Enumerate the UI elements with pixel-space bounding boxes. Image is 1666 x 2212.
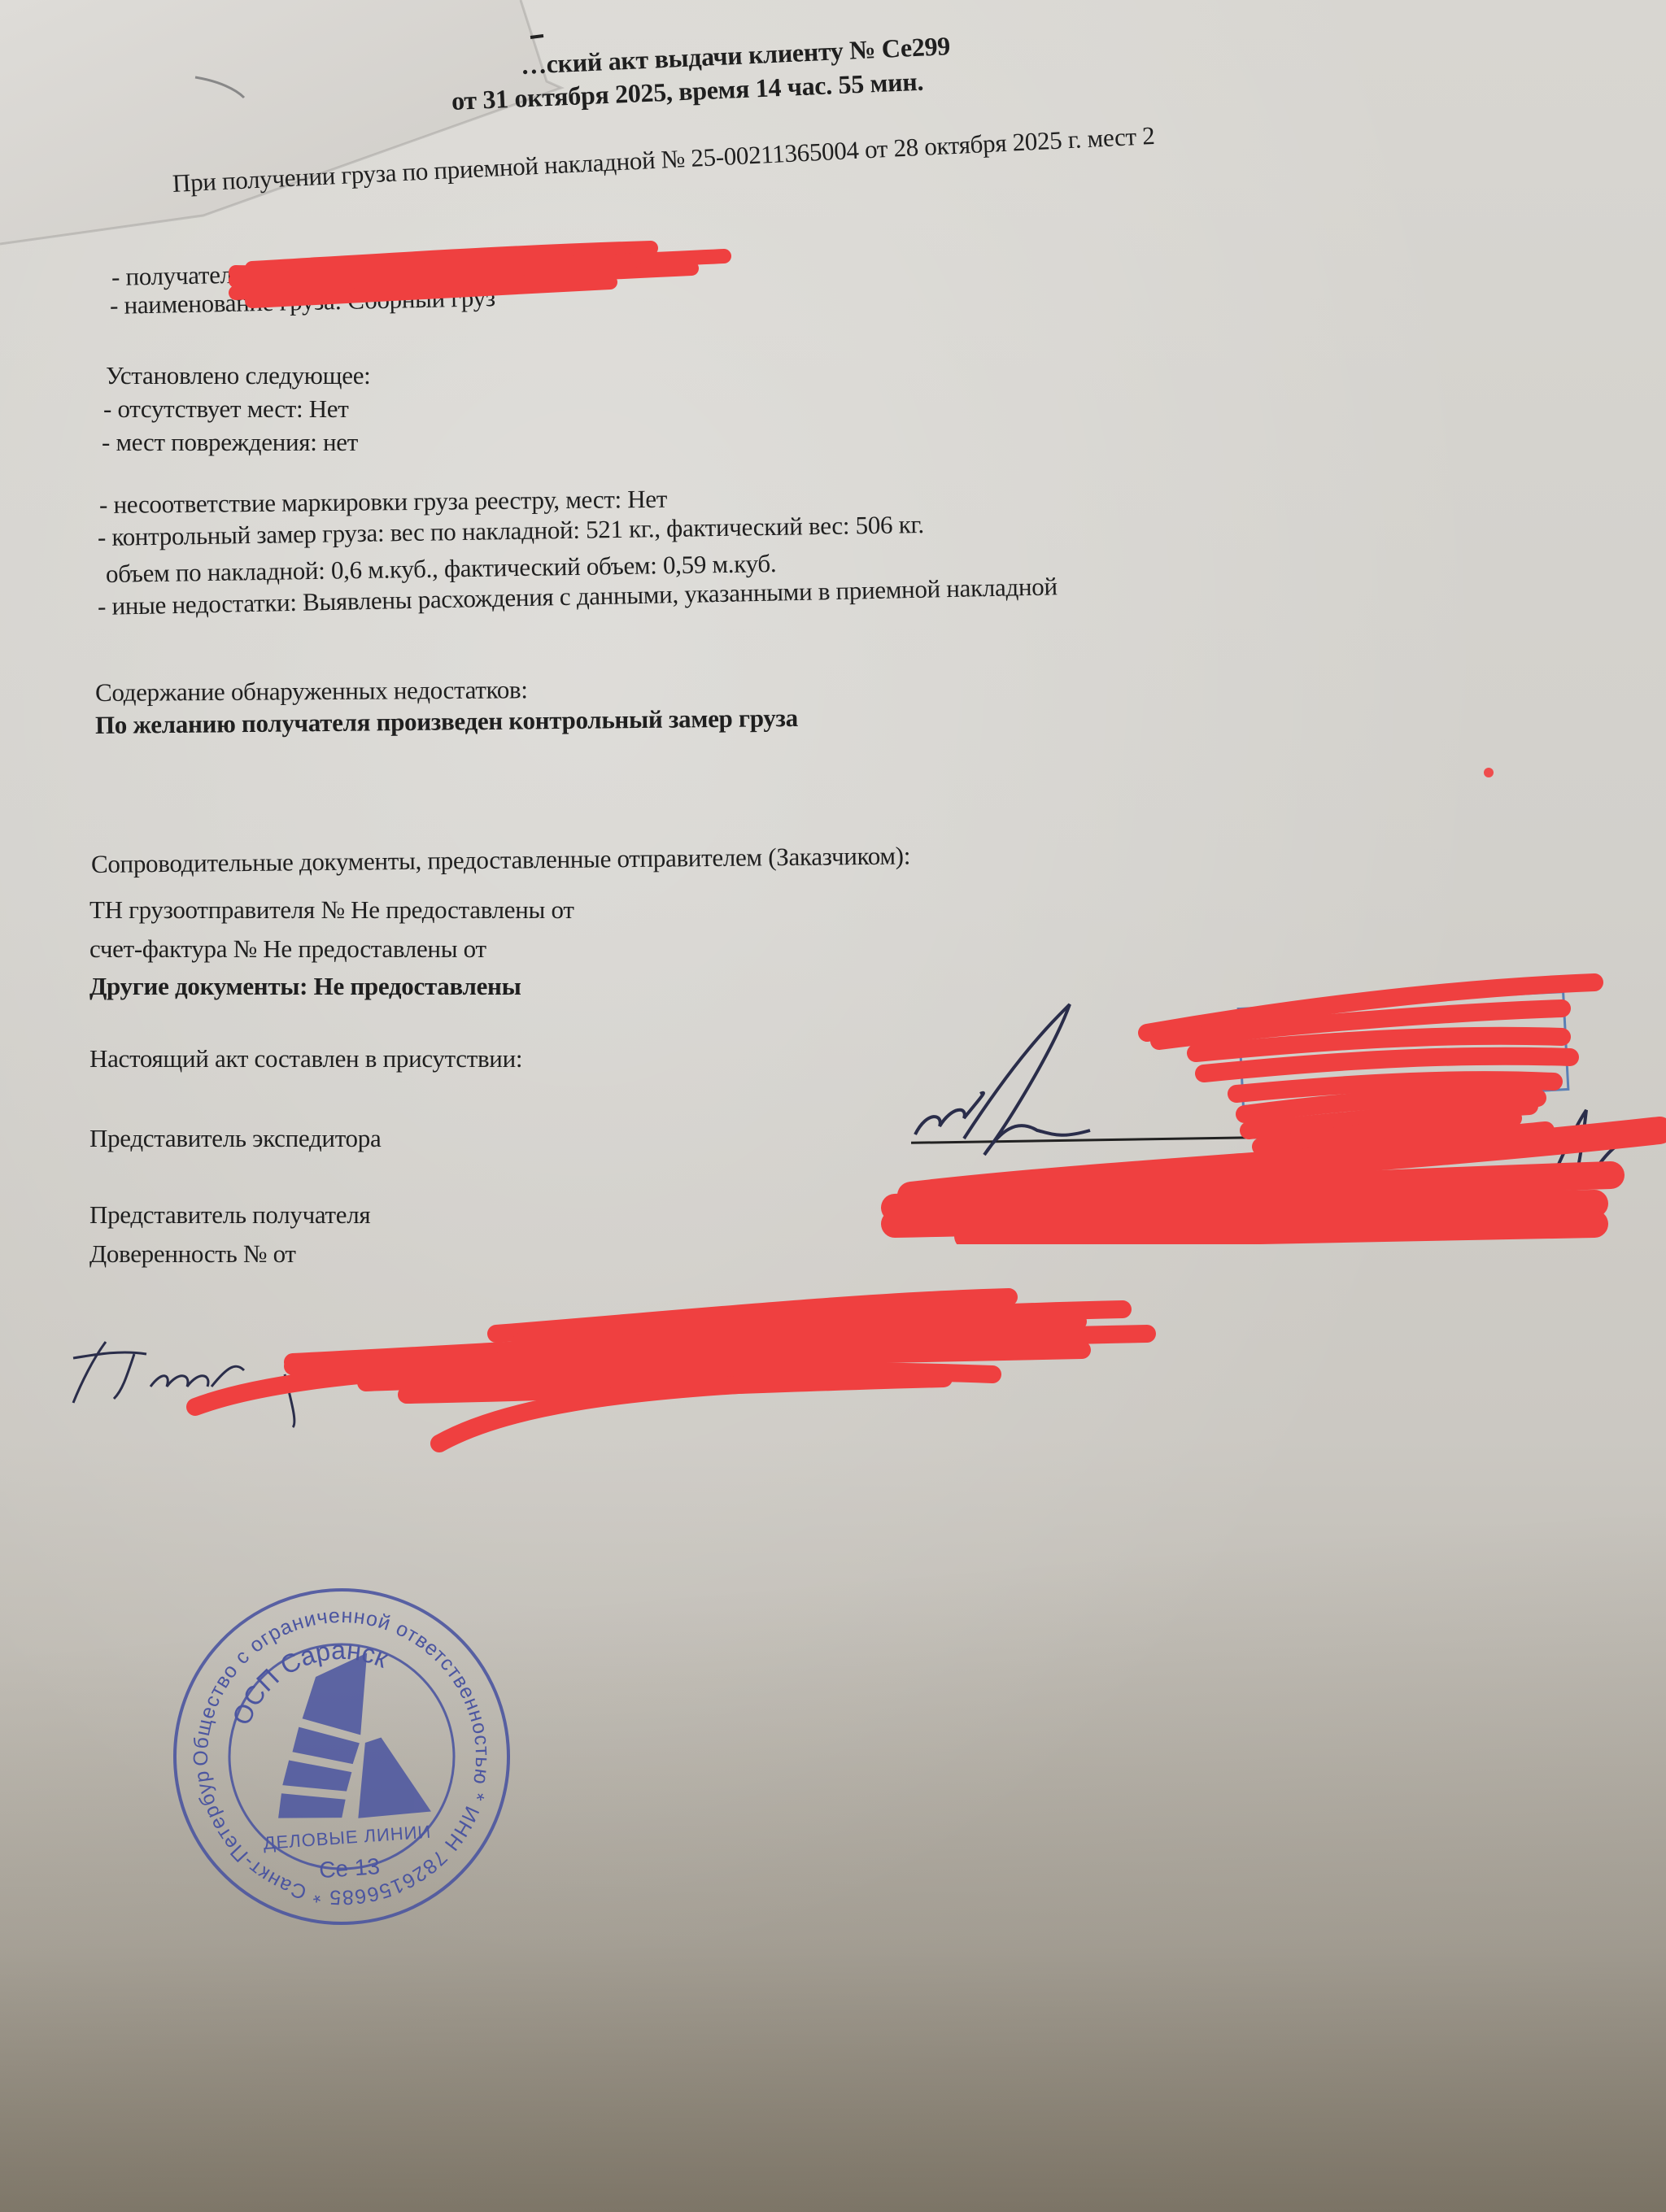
forwarder-signature-redacted	[879, 960, 1666, 1244]
recipient-rep: Представитель получателя	[89, 1202, 370, 1227]
recipient-line: - получатель:	[111, 261, 251, 290]
red-dot-mark	[1484, 768, 1494, 777]
cargo-name: - наименование груза: Сборный груз	[110, 285, 495, 318]
established-heading: Установлено следующее:	[106, 363, 370, 388]
missing-places: - отсутствует мест: Нет	[103, 396, 349, 421]
marking-mismatch: - несоответствие маркировки груза реестр…	[99, 486, 667, 517]
other-docs: Другие документы: Не предоставлены	[89, 973, 521, 999]
defects-text: По желанию получателя произведен контрол…	[95, 705, 798, 738]
stamp-code: Се 13	[318, 1853, 381, 1883]
tn-shipper: ТН грузоотправителя № Не предоставлены о…	[89, 897, 574, 922]
intro-waybill: При получении груза по приемной накладно…	[172, 123, 1155, 196]
recipient-signature-redacted	[49, 1269, 1188, 1464]
presence-line: Настоящий акт составлен в присутствии:	[89, 1046, 522, 1071]
forwarder-rep: Представитель экспедитора	[89, 1126, 381, 1151]
invoice-line: счет-фактура № Не предоставлены от	[89, 936, 486, 961]
defects-heading: Содержание обнаруженных недостатков:	[95, 677, 528, 705]
signature-line	[911, 1132, 1513, 1144]
company-stamp: Общество с ограниченной ответственностью…	[155, 1570, 529, 1944]
docs-heading: Сопроводительные документы, предоставлен…	[91, 843, 910, 877]
power-of-attorney: Доверенность № от	[89, 1241, 296, 1266]
damaged-places: - мест повреждения: нет	[102, 429, 358, 455]
